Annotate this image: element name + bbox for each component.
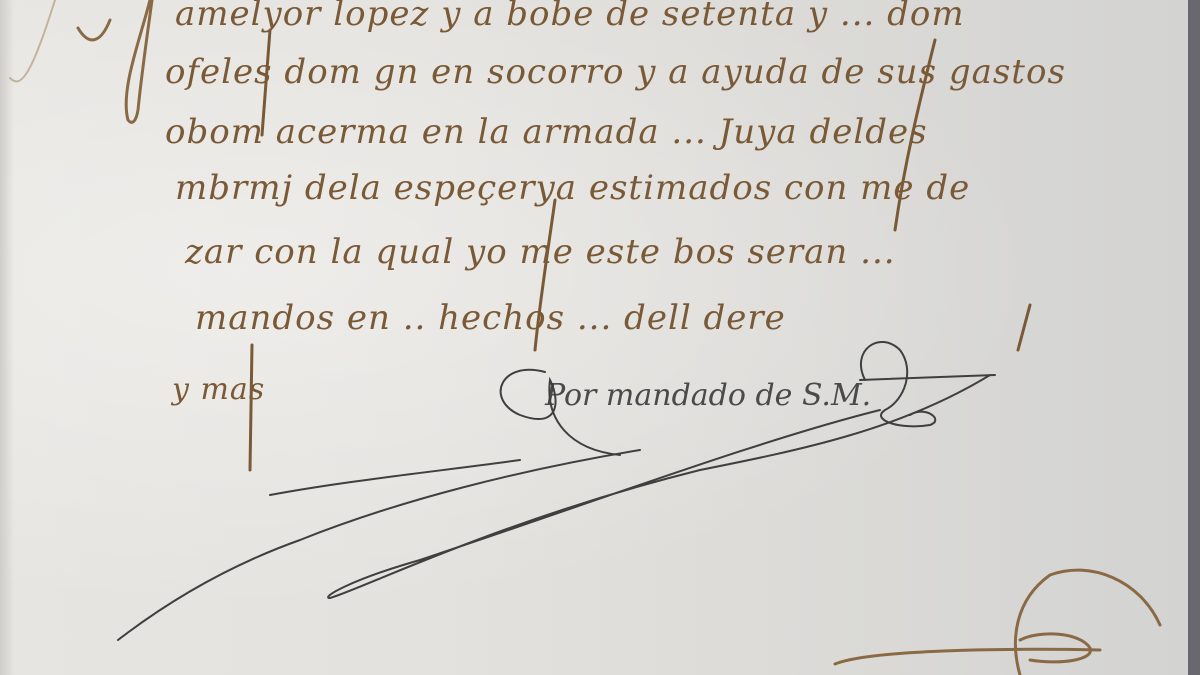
- margin-flourish-icon: [10, 0, 152, 122]
- scan-edge-strip: [1188, 0, 1200, 675]
- manuscript-page: amelyor lopez y a bobe de setenta y ... …: [0, 0, 1188, 675]
- signature-rubric-icon: [118, 342, 995, 640]
- ink-flourishes: [0, 0, 1188, 675]
- bottom-right-rubric-icon: [835, 570, 1160, 675]
